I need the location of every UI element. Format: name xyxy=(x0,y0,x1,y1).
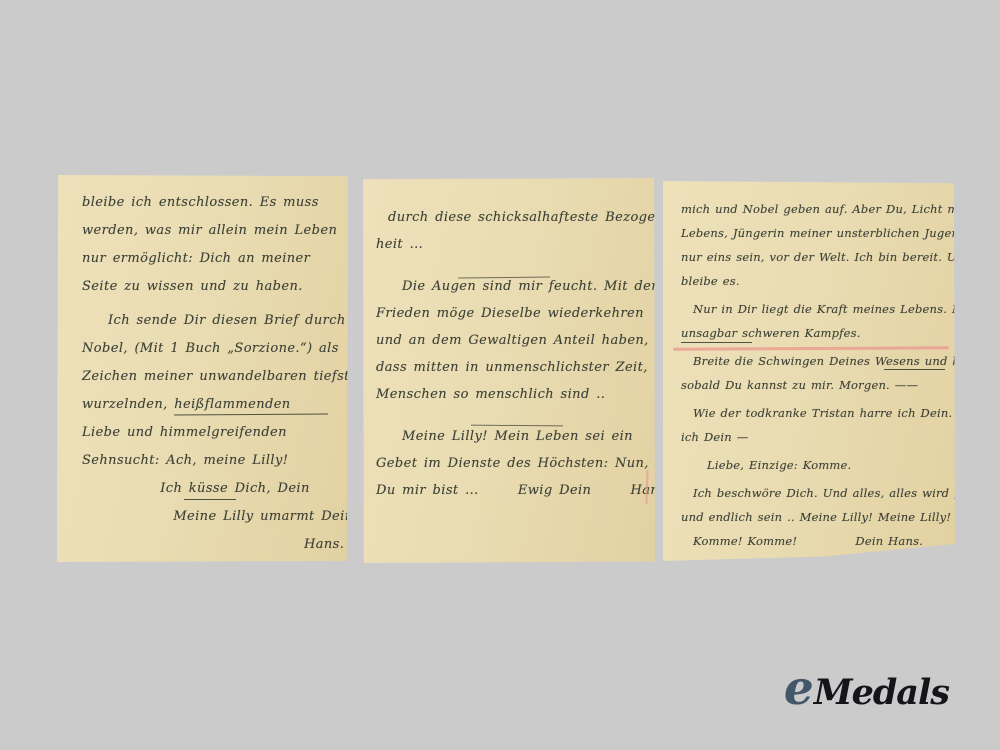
handwriting-line: Ich küsse Dich, Dein xyxy=(82,475,330,503)
handwriting-line: dass mitten in unmenschlichster Zeit, xyxy=(376,354,641,381)
handwriting-line: durch diese schicksalhafteste Bezogen- xyxy=(376,204,641,231)
handwriting-line: Seite zu wissen und zu haben. xyxy=(82,273,330,301)
letter-page-1: bleibe ich entschlossen. Es musswerden, … xyxy=(57,175,348,562)
handwriting-line: und endlich sein .. Meine Lilly! Meine L… xyxy=(681,505,945,529)
handwriting-line: Lebens, Jüngerin meiner unsterblichen Ju… xyxy=(681,221,945,245)
letter-photo-canvas: bleibe ich entschlossen. Es musswerden, … xyxy=(0,0,1000,750)
handwriting-lines-page-3: mich und Nobel geben auf. Aber Du, Licht… xyxy=(663,181,955,561)
handwriting-line: sobald Du kannst zu mir. Morgen. —— xyxy=(681,373,945,397)
handwriting-line: Zeichen meiner unwandelbaren tiefst — xyxy=(82,363,330,391)
handwriting-line: nur eins sein, vor der Welt. Ich bin ber… xyxy=(681,245,945,269)
handwriting-line: Die Augen sind mir feucht. Mit dem xyxy=(376,273,641,300)
handwriting-line xyxy=(376,412,641,413)
handwriting-lines-page-1: bleibe ich entschlossen. Es musswerden, … xyxy=(57,175,348,562)
handwriting-line: Breite die Schwingen Deines Wesens und k… xyxy=(681,349,945,373)
handwriting-line: ich Dein — xyxy=(681,425,945,449)
handwriting-line: nur ermöglicht: Dich an meiner xyxy=(82,245,330,273)
handwriting-line: Ich sende Dir diesen Brief durch xyxy=(82,307,330,335)
handwriting-line: Liebe und himmelgreifenden xyxy=(82,419,330,447)
handwriting-line: und an dem Gewaltigen Anteil haben, xyxy=(376,327,641,354)
handwriting-line: Liebe, Einzige: Komme. xyxy=(681,453,945,477)
letter-page-2: durch diese schicksalhafteste Bezogen-he… xyxy=(363,178,655,563)
handwriting-lines-page-2: durch diese schicksalhafteste Bezogen-he… xyxy=(363,178,655,563)
handwriting-line: Meine Lilly umarmt Dein xyxy=(82,503,330,531)
emedals-logo: e Medals xyxy=(784,672,949,713)
emedals-logo-wordmark: Medals xyxy=(814,672,949,713)
handwriting-line: Menschen so menschlich sind .. xyxy=(376,381,641,408)
handwriting-line: Meine Lilly! Mein Leben sei ein xyxy=(376,423,641,450)
handwriting-line: Sehnsucht: Ach, meine Lilly! xyxy=(82,447,330,475)
letter-page-3: mich und Nobel geben auf. Aber Du, Licht… xyxy=(663,181,955,561)
handwriting-line: Nobel, (Mit 1 Buch „Sorzione.“) als xyxy=(82,335,330,363)
handwriting-line: Wie der todkranke Tristan harre ich Dein… xyxy=(681,401,945,425)
handwriting-line: Gebet im Dienste des Höchsten: Nun, da xyxy=(376,450,641,477)
handwriting-line: werden, was mir allein mein Leben xyxy=(82,217,330,245)
handwriting-line: bleibe es. xyxy=(681,269,945,293)
handwriting-line: Nur in Dir liegt die Kraft meines Lebens… xyxy=(681,297,945,321)
handwriting-line xyxy=(376,262,641,263)
handwriting-line: heit ... xyxy=(376,231,641,258)
handwriting-line: Ich beschwöre Dich. Und alles, alles wir… xyxy=(681,481,945,505)
handwriting-line: wurzelnden, heißflammenden xyxy=(82,391,330,419)
handwriting-line: Frieden möge Dieselbe wiederkehren xyxy=(376,300,641,327)
handwriting-line: bleibe ich entschlossen. Es muss xyxy=(82,189,330,217)
handwriting-line: unsagbar schweren Kampfes. xyxy=(681,321,945,345)
handwriting-line: Hans. xyxy=(82,531,330,559)
handwriting-line: Du mir bist ... Ewig Dein Hans. xyxy=(376,477,641,504)
handwriting-line: Komme! Komme! Dein Hans. xyxy=(681,529,945,553)
handwriting-line: mich und Nobel geben auf. Aber Du, Licht… xyxy=(681,197,945,221)
